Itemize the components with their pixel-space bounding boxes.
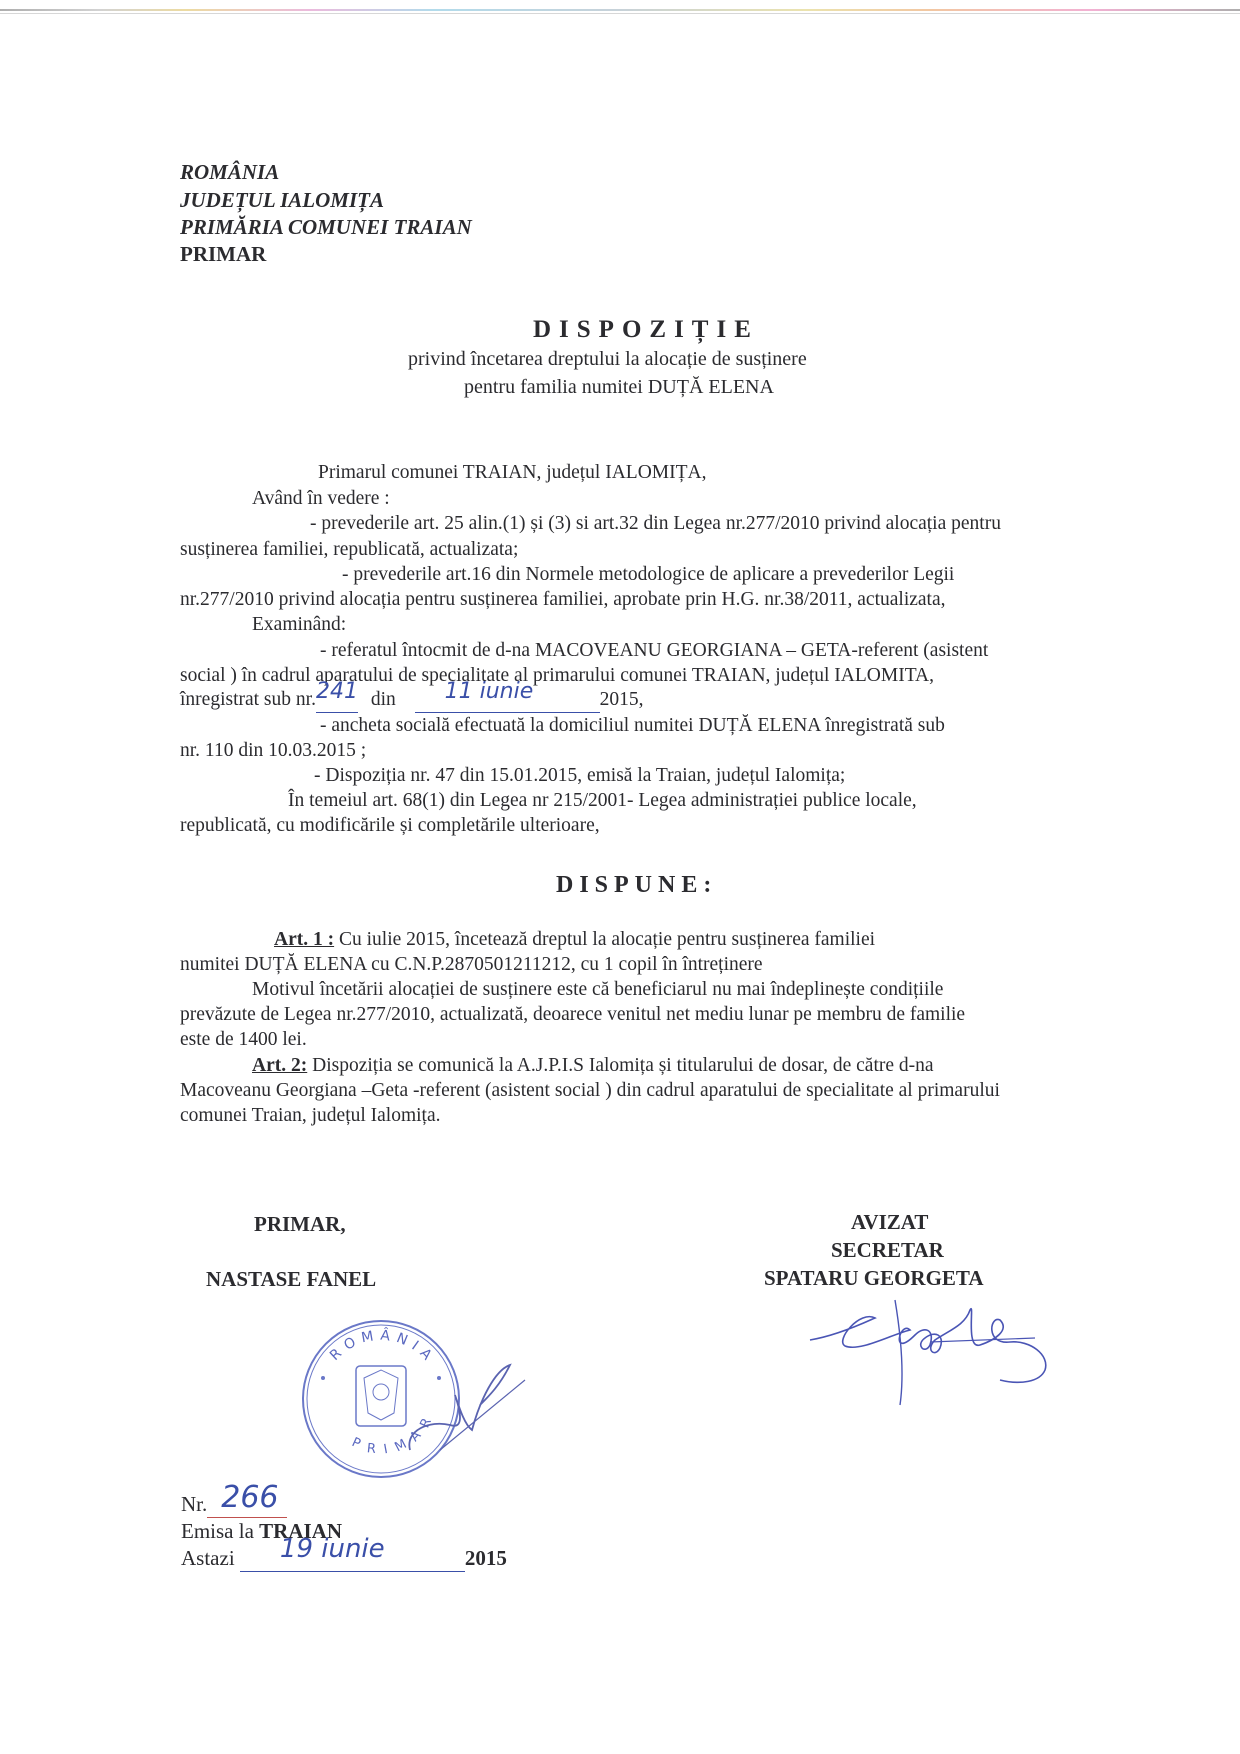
footer-number-handwritten: 266 — [221, 1480, 278, 1515]
registration-date-handwritten: 11 iunie — [445, 679, 534, 704]
footer-date-label: Astazi — [181, 1546, 235, 1570]
preamble-examining: Examinând: — [252, 612, 346, 637]
signature-right-title2: SECRETAR — [831, 1238, 944, 1263]
header-office: PRIMAR — [180, 242, 266, 267]
registration-din-label: din — [371, 689, 396, 710]
article-1-line1: Art. 1 : Cu iulie 2015, încetează dreptu… — [274, 927, 875, 952]
document-subtitle-line1: privind încetarea dreptului la alocație … — [408, 348, 807, 371]
article-1-label: Art. 1 : — [274, 929, 334, 950]
article-1-text-a: Cu iulie 2015, încetează dreptul la aloc… — [334, 929, 875, 950]
article-1-line2: numitei DUȚĂ ELENA cu C.N.P.287050121121… — [180, 952, 763, 977]
secretary-signature — [800, 1290, 1080, 1410]
preamble-p2-b: nr.277/2010 privind alocația pentru susț… — [180, 587, 946, 612]
preamble-p3-c: înregistrat sub nr.241 din 11 iunie 2015… — [180, 687, 644, 713]
signature-right-title1: AVIZAT — [851, 1210, 928, 1235]
article-1-line4: prevăzute de Legea nr.277/2010, actualiz… — [180, 1002, 965, 1027]
mayor-signature — [400, 1340, 530, 1470]
preamble-p2-a: - prevederile art.16 din Normele metodol… — [342, 562, 954, 587]
preamble-p4-b: nr. 110 din 10.03.2015 ; — [180, 738, 366, 763]
document-title: DISPOZIȚIE — [533, 316, 759, 344]
article-2-label: Art. 2: — [252, 1055, 307, 1076]
preamble-p3-b: social ) în cadrul aparatului de special… — [180, 663, 934, 688]
preamble-p6-a: În temeiul art. 68(1) din Legea nr 215/2… — [288, 788, 917, 813]
signature-left-name: NASTASE FANEL — [206, 1267, 376, 1292]
dispune-heading: DISPUNE: — [556, 872, 717, 899]
preamble-p1-b: susținerea familiei, republicată, actual… — [180, 537, 518, 562]
article-2-text-a: Dispoziția se comunică la A.J.P.I.S Ialo… — [307, 1055, 933, 1076]
scan-edge-line — [0, 9, 1240, 11]
footer-date: Astazi 19 iunie 2015 — [181, 1546, 507, 1572]
coat-of-arms-icon — [356, 1366, 406, 1426]
article-1-line3: Motivul încetării alocației de susținere… — [252, 977, 943, 1002]
header-country: ROMÂNIA — [180, 158, 279, 186]
footer-issued-label: Emisa la — [181, 1519, 259, 1543]
footer-year: 2015 — [465, 1546, 507, 1570]
preamble-p4-a: - ancheta socială efectuată la domiciliu… — [320, 713, 945, 738]
registration-date-field: 11 iunie — [415, 687, 600, 713]
footer-date-handwritten: 19 iunie — [280, 1534, 385, 1564]
header-county: JUDEȚUL IALOMIȚA — [180, 186, 384, 214]
article-2-line3: comunei Traian, județul Ialomița. — [180, 1103, 441, 1128]
registration-number-field: 241 — [316, 687, 358, 713]
signature-right-name: SPATARU GEORGETA — [764, 1266, 984, 1291]
document-subtitle-line2: pentru familia numitei DUȚĂ ELENA — [464, 376, 774, 399]
preamble-p1-a: - prevederile art. 25 alin.(1) și (3) si… — [310, 511, 1001, 536]
preamble-p6-b: republicată, cu modificările și completă… — [180, 813, 600, 838]
header-institution: PRIMĂRIA COMUNEI TRAIAN — [180, 213, 472, 241]
scan-edge-line-2 — [0, 13, 1240, 14]
registration-number-handwritten: 241 — [316, 679, 358, 704]
preamble-p5: - Dispoziția nr. 47 din 15.01.2015, emis… — [314, 763, 845, 788]
footer-number: Nr.266 — [181, 1492, 287, 1518]
preamble-p3-a: - referatul întocmit de d-na MACOVEANU G… — [320, 638, 988, 663]
article-1-line5: este de 1400 lei. — [180, 1027, 307, 1052]
footer-number-label: Nr. — [181, 1492, 207, 1516]
registration-label: înregistrat sub nr. — [180, 689, 316, 710]
article-2-line2: Macoveanu Georgiana –Geta -referent (asi… — [180, 1078, 1000, 1103]
signature-left-title: PRIMAR, — [254, 1212, 346, 1237]
footer-date-field: 19 iunie — [240, 1546, 465, 1572]
footer-number-field: 266 — [207, 1492, 287, 1518]
preamble-intro: Primarul comunei TRAIAN, județul IALOMIȚ… — [318, 460, 707, 485]
registration-year: 2015, — [600, 689, 644, 710]
preamble-having-regard: Având în vedere : — [252, 486, 390, 511]
article-2-line1: Art. 2: Dispoziția se comunică la A.J.P.… — [252, 1053, 934, 1078]
